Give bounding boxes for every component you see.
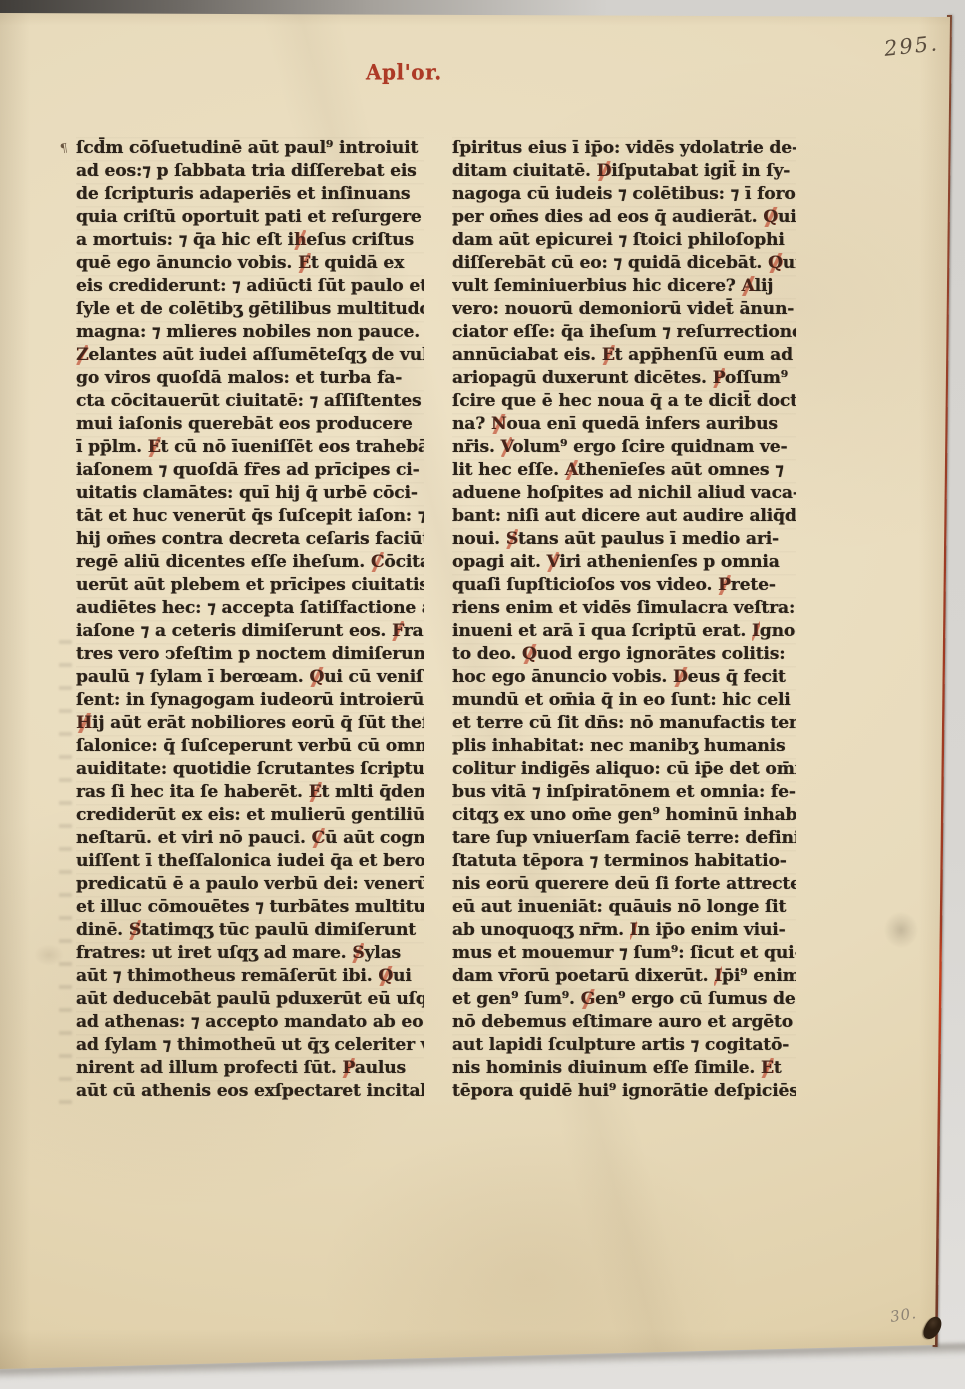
text-line: dinē. Statimqʒ tūc paulū dimiſerunt [76, 919, 424, 942]
text-line: annūciabat eis. Et app̄henſū eum ad [452, 344, 796, 367]
paragraph-mark: ¶ [59, 141, 69, 156]
text-line: nō debemus eſtimare auro et argēto [452, 1011, 796, 1034]
text-line: hij om̄es contra decreta ceſaris faciūt: [76, 528, 424, 551]
text-line: quia criſtū oportuit pati et reſurgere [76, 206, 424, 229]
text-line: audiētes hec: ⁊ accepta ſatiſfactione a [76, 597, 424, 620]
text-line: colitur indigēs aliquo: cū ip̄e det om̄i… [452, 758, 796, 781]
text-line: auiditate: quotidie ſcrutantes ſcriptu- [76, 758, 424, 781]
text-line: noui. Stans aūt paulus ī medio ari- [452, 528, 796, 551]
text-line: cta cōcitauerūt ciuitatē: ⁊ aſſiſtentes … [76, 390, 424, 413]
text-line: plis inhabitat: nec manibʒ humanis [452, 735, 796, 758]
text-line: predicatū ē a paulo verbū dei: venerūt [76, 873, 424, 896]
text-line: iaſone ⁊ a ceteris dimiſerunt eos. Fra- [76, 620, 424, 643]
text-line: a mortuis: ⁊ q̄a hic eſt iheſus criſtus [76, 229, 424, 252]
text-line: et illuc cōmouētes ⁊ turbātes multitu- [76, 896, 424, 919]
show-through-marks [59, 640, 72, 1108]
text-line: magna: ⁊ mlieres nobiles non pauce. [76, 321, 424, 344]
text-line: opagi ait. Viri athenienſes p omnia [452, 551, 796, 574]
text-line: iaſonem ⁊ quoſdā fr̄es ad prīcipes ci- [76, 459, 424, 482]
text-line: hoc ego ānuncio vobis. Deus q̄ fecit [452, 666, 796, 689]
text-line: dam vr̄orū poetarū dixerūt. Ip̄i⁹ enim [452, 965, 796, 988]
manuscript-page: Apl'or. 295. ¶ ſcd̄m cōſuetudinē aūt pau… [0, 0, 965, 1389]
text-line: go viros quoſdā malos: et turba fa- [76, 367, 424, 390]
text-line: aduene hoſpites ad nichil aliud vaca- [452, 482, 796, 505]
text-line: inueni et arā ī qua ſcriptū erat. Igno- [452, 620, 796, 643]
text-line: vero: nouorū demoniorū videt̄ ānun- [452, 298, 796, 321]
corner-number: 30. [889, 1304, 918, 1326]
text-line: ad ſylam ⁊ thimotheū ut q̄ʒ celeriter ve… [76, 1034, 424, 1057]
running-title: Apl'or. [366, 59, 486, 85]
stain [884, 912, 918, 948]
text-line: ſcd̄m cōſuetudinē aūt paul⁹ introiuit [76, 137, 424, 160]
text-line: ras ſi hec ita ſe haberēt. Et mlti q̄dem [76, 781, 424, 804]
text-line: mundū et om̄ia q̄ in eo ſunt: hic celi [452, 689, 796, 712]
text-line: uerūt aūt plebem et prīcipes ciuitatis [76, 574, 424, 597]
text-line: eis crediderunt: ⁊ adiūcti ſūt paulo et [76, 275, 424, 298]
text-line: uiſſent ī theſſalonica iudei q̄a et berœ… [76, 850, 424, 873]
text-line: na? Noua enī quedā infers auribus [452, 413, 796, 436]
text-line: ſalonice: q̄ ſuſceperunt verbū cū omni [76, 735, 424, 758]
text-line: ad eos:⁊ p ſabbata tria diſſerebat eis [76, 160, 424, 183]
text-line: quaſi ſupſticioſos vos video. Prete- [452, 574, 796, 597]
text-line: vult ſeminiuerbius hic dicere? Alij [452, 275, 796, 298]
text-line: nirent ad illum profecti ſūt. Paulus [76, 1057, 424, 1080]
text-column-right: ſpiritus eius ī ip̄o: vidēs ydolatrie de… [452, 137, 796, 1103]
text-line: neſtarū. et viri nō pauci. Cū aūt cogno- [76, 827, 424, 850]
text-line: ditam ciuitatē. Diſputabat igit̄ in ſy- [452, 160, 796, 183]
text-line: per om̄es dies ad eos q̄ audierāt. Qui- [452, 206, 796, 229]
text-line: bus vitā ⁊ inſpiratōnem et omnia: fe- [452, 781, 796, 804]
text-line: fratres: ut iret uſqʒ ad mare. Sylas [76, 942, 424, 965]
text-line: riens enim et vidēs ſimulacra veſtra: [452, 597, 796, 620]
text-line: regē aliū dicentes eſſe iheſum. Cōcita- [76, 551, 424, 574]
text-line: ſtatuta tēpora ⁊ terminos habitatio- [452, 850, 796, 873]
text-line: lit hec eſſe. Athenīeſes aūt omnes ⁊ [452, 459, 796, 482]
text-line: aut lapidi ſculpture artis ⁊ cogitatō- [452, 1034, 796, 1057]
text-column-left: ſcd̄m cōſuetudinē aūt paul⁹ introiuitad … [76, 137, 424, 1103]
text-line: tare ſup vniuerſam faciē terre: definien… [452, 827, 796, 850]
text-line: ariopagū duxerunt dicētes. Poſſum⁹ [452, 367, 796, 390]
text-line: nis hominis diuinum eſſe ſimile. Et [452, 1057, 796, 1080]
text-line: Hij aūt erāt nobiliores eorū q̄ ſūt theſ… [76, 712, 424, 735]
text-line: ſpiritus eius ī ip̄o: vidēs ydolatrie de… [452, 137, 796, 160]
stain [34, 944, 64, 966]
text-line: mui iaſonis querebāt eos producere [76, 413, 424, 436]
text-line: tres vero ↄfeſtim p noctem dimiſerunt [76, 643, 424, 666]
text-line: quē ego ānuncio vobis. Et quidā ex [76, 252, 424, 275]
text-line: aūt ⁊ thimotheus remāſerūt ibi. Qui [76, 965, 424, 988]
text-line: ad athenas: ⁊ accepto mandato ab eo [76, 1011, 424, 1034]
text-line: crediderūt ex eis: et mulierū gentiliū h… [76, 804, 424, 827]
text-line: mus et mouemur ⁊ ſum⁹: ſicut et qui- [452, 942, 796, 965]
text-line: ab unoquoqʒ nr̄m. In ip̄o enim viui- [452, 919, 796, 942]
text-line: tāt et huc venerūt q̄s ſuſcepit iaſon: ⁊ [76, 505, 424, 528]
text-line: nagoga cū iudeis ⁊ colētibus: ⁊ ī foro [452, 183, 796, 206]
text-line: tēpora quidē hui⁹ ignorātie deſpiciēs [452, 1080, 796, 1103]
text-line: nr̄is. Volum⁹ ergo ſcire quidnam ve- [452, 436, 796, 459]
text-line: nis eorū querere deū ſi forte attrectent [452, 873, 796, 896]
folio-number: 295. [883, 31, 940, 61]
text-line: aūt cū athenis eos exſpectaret incitabat… [76, 1080, 424, 1103]
text-line: diſſerebāt cū eo: ⁊ quidā dicebāt. Quid [452, 252, 796, 275]
text-line: ſcire que ē hec noua q̄ a te dicit̄ doct… [452, 390, 796, 413]
text-line: de ſcripturis adaperiēs et inſinuans [76, 183, 424, 206]
text-line: et terre cū ſit dn̄s: nō manufactis tem- [452, 712, 796, 735]
text-line: uitatis clamātes: quī hij q̄ urbē cōci- [76, 482, 424, 505]
text-line: ſyle et de colētibʒ gētilibus multitudo [76, 298, 424, 321]
text-line: citqʒ ex uno om̄e gen⁹ hominū inhabi- [452, 804, 796, 827]
text-line: to deo. Quod ergo ignorātes colitis: [452, 643, 796, 666]
text-line: aūt deducebāt paulū pduxerūt eū uſqʒ [76, 988, 424, 1011]
text-line: et gen⁹ ſum⁹. Gen⁹ ergo cū ſumus dei: [452, 988, 796, 1011]
text-line: Zelantes aūt iudei aſſumēteſqʒ de vul- [76, 344, 424, 367]
text-line: ſent: in ſynagogam iudeorū introierūt. [76, 689, 424, 712]
text-line: bant: niſi aut dicere aut audire aliq̄d [452, 505, 796, 528]
text-line: paulū ⁊ ſylam ī berœam. Qui cū veniſ- [76, 666, 424, 689]
text-line: ī pp̄lm. Et cū nō īueniſſēt eos trahebāt [76, 436, 424, 459]
text-line: dam aūt epicurei ⁊ ſtoici philoſophi [452, 229, 796, 252]
text-line: eū aut inueniāt: quāuis nō longe ſit [452, 896, 796, 919]
text-line: ciator eſſe: q̄a iheſum ⁊ reſurrectionem [452, 321, 796, 344]
